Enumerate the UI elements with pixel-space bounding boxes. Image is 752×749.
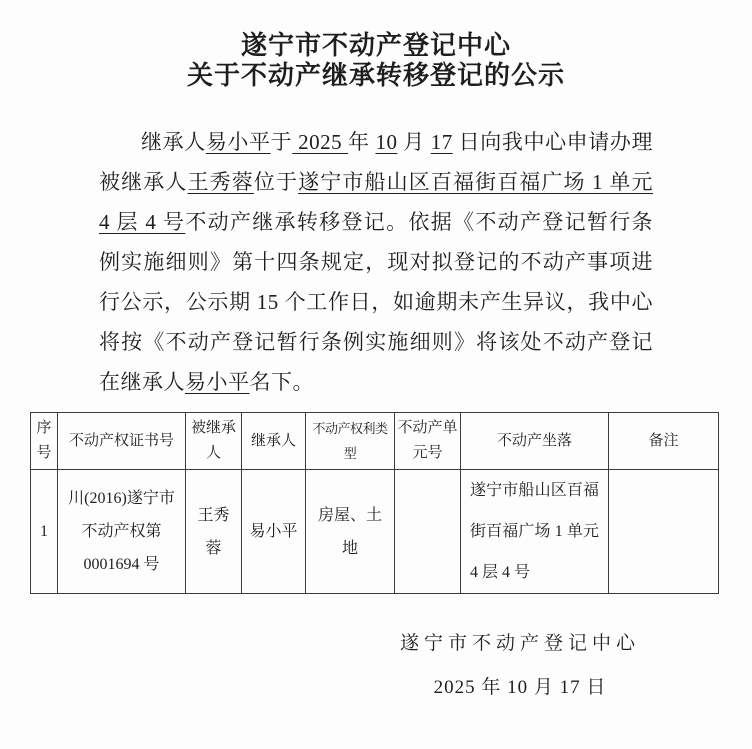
footer-block: 遂宁市不动产登记中心 2025 年 10 月 17 日 — [400, 628, 640, 699]
document-title-line1: 遂宁市不动产登记中心 — [0, 30, 752, 60]
table-header-row: 序号不动产权证书号被继承人继承人不动产权利类型不动产单元号不动产坐落备注 — [31, 413, 719, 470]
table-row: 1川(2016)遂宁市不动产权第 0001694 号王秀蓉易小平房屋、土地遂宁市… — [31, 470, 719, 594]
table-cell — [609, 470, 719, 594]
table-cell: 王秀蓉 — [186, 470, 242, 594]
plain-text: 名下。 — [250, 370, 315, 394]
document-title-line2: 关于不动产继承转移登记的公示 — [0, 60, 752, 90]
underlined-text: 易小平 — [206, 130, 271, 154]
table-cell: 遂宁市船山区百福街百福广场 1 单元 4 层 4 号 — [461, 470, 609, 594]
underlined-text: 17 — [431, 130, 453, 154]
plain-text: 位于 — [254, 170, 298, 194]
footer-signature: 遂宁市不动产登记中心 — [400, 628, 640, 655]
underlined-text: 10 — [375, 130, 397, 154]
plain-text: 继承人 — [141, 130, 206, 154]
underlined-text: 王秀蓉 — [187, 170, 253, 194]
table-cell: 1 — [31, 470, 58, 594]
table-header-cell: 被继承人 — [186, 413, 242, 470]
registration-table-wrap: 序号不动产权证书号被继承人继承人不动产权利类型不动产单元号不动产坐落备注 1川(… — [30, 412, 752, 594]
table-header-cell: 不动产权证书号 — [58, 413, 186, 470]
table-cell: 易小平 — [242, 470, 306, 594]
plain-text: 月 — [397, 130, 430, 154]
table-cell: 川(2016)遂宁市不动产权第 0001694 号 — [58, 470, 186, 594]
notice-document: 遂宁市不动产登记中心 关于不动产继承转移登记的公示 继承人易小平于 2025 年… — [0, 0, 752, 699]
underlined-text: 2025 — [292, 130, 348, 154]
plain-text: 于 — [271, 130, 293, 154]
table-body: 1川(2016)遂宁市不动产权第 0001694 号王秀蓉易小平房屋、土地遂宁市… — [31, 470, 719, 594]
registration-table: 序号不动产权证书号被继承人继承人不动产权利类型不动产单元号不动产坐落备注 1川(… — [30, 412, 719, 594]
table-cell: 房屋、土地 — [306, 470, 395, 594]
table-header-cell: 备注 — [609, 413, 719, 470]
footer-date: 2025 年 10 月 17 日 — [400, 672, 640, 699]
document-title: 遂宁市不动产登记中心 关于不动产继承转移登记的公示 — [0, 30, 752, 90]
table-header-cell: 序号 — [31, 413, 58, 470]
plain-text: 不动产继承转移登记。依据《不动产登记暂行条例实施细则》第十四条规定，现对拟登记的… — [99, 210, 653, 394]
table-header-cell: 继承人 — [242, 413, 306, 470]
underlined-text: 易小平 — [185, 370, 250, 394]
table-cell — [395, 470, 461, 594]
notice-body-paragraph: 继承人易小平于 2025 年 10 月 17 日向我中心申请办理被继承人王秀蓉位… — [99, 122, 653, 402]
table-header-cell: 不动产单元号 — [395, 413, 461, 470]
table-header-cell: 不动产权利类型 — [306, 413, 395, 470]
table-header-cell: 不动产坐落 — [461, 413, 609, 470]
plain-text: 年 — [348, 130, 375, 154]
